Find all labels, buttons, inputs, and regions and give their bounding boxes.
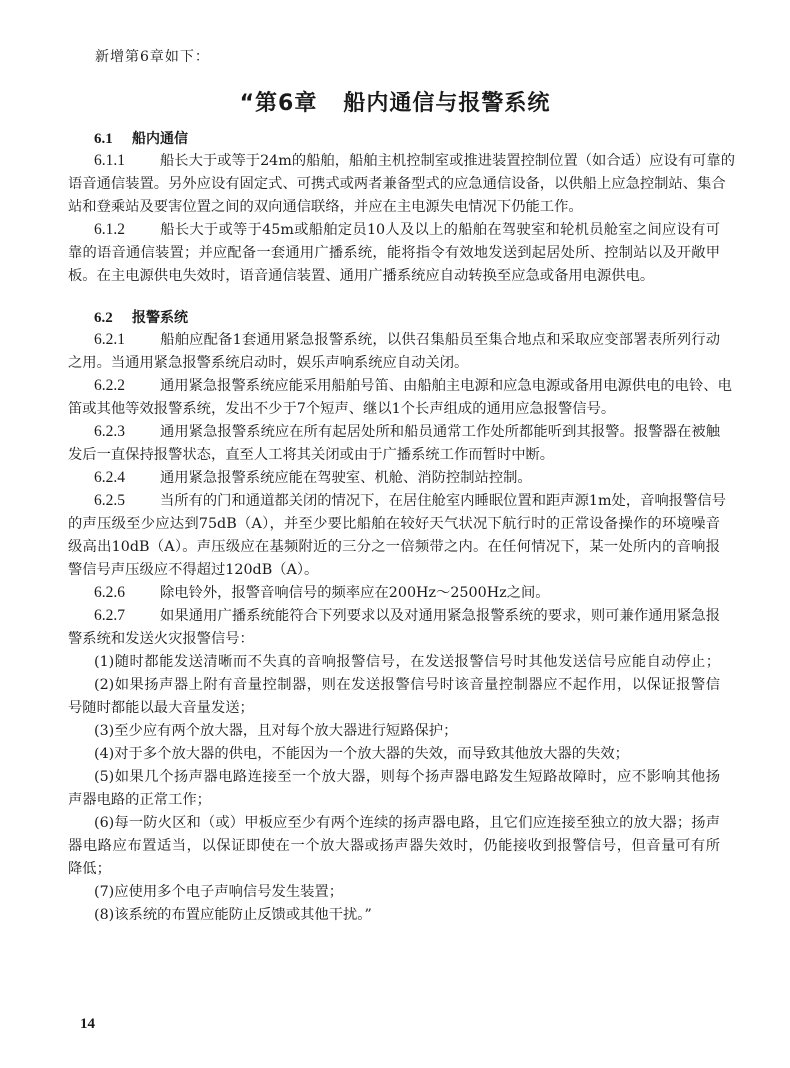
page-number: 14 [80,1016,95,1033]
requirement-5-line: (5)如果几个扬声器电路连接至一个放大器，则每个扬声器电路发生短路故障时，应不影… [94,766,720,788]
clause-6-2-1-line: 之用。当通用紧急报警系统启动时，娱乐声响系统应自动关闭。 [68,352,720,374]
clause-6-1-2-line: 6.1.2船长大于或等于45m或船舶定员10人及以上的船舶在驾驶室和轮机员舱室之… [94,219,720,241]
section-heading-6-1: 6.1船内通信 [94,128,188,148]
clause-6-2-6-line: 6.2.6除电铃外，报警音响信号的频率应在200Hz～2500Hz之间。 [94,582,720,604]
section-heading-6-2: 6.2报警系统 [94,307,188,327]
clause-6-2-5-line: 的声压级至少应达到75dB（A），并至少要比船舶在较好天气状况下航行时的正常设备… [68,513,720,535]
requirement-2-line: (2)如果扬声器上附有音量控制器，则在发送报警信号时该音量控制器应不起作用，以保… [94,674,720,696]
requirement-7-line: (7)应使用多个电子声响信号发生装置； [94,881,720,903]
clause-6-1-2-line: 板。在主电源供电失效时，语音通信装置、通用广播系统应自动转换至应急或备用电源供电… [68,265,720,287]
clause-6-2-2-line: 6.2.2通用紧急报警系统应能采用船舶号笛、由船舶主电源和应急电源或备用电源供电… [94,375,720,397]
clause-6-2-7-line: 警系统和发送火灾报警信号： [68,628,720,650]
requirement-6-line: 器电路应布置适当，以保证即使在一个放大器或扬声器失效时，仍能接收到报警信号，但音… [68,835,720,857]
clause-6-2-5-line: 警信号声压级应不得超过120dB（A）。 [68,559,720,581]
clause-6-2-5-line: 6.2.5当所有的门和通道都关闭的情况下，在居住舱室内睡眠位置和距声源1m处，音… [94,490,720,512]
clause-6-2-3-line: 发后一直保持报警状态，直至人工将其关闭或由于广播系统工作而暂时中断。 [68,444,720,466]
requirement-6-line: (6)每一防火区和（或）甲板应至少有两个连续的扬声器电路，且它们应连接至独立的放… [94,812,720,834]
chapter-title: “第6章船内通信与报警系统 [0,86,790,117]
clause-6-2-7-line: 6.2.7如果通用广播系统能符合下列要求以及对通用紧急报警系统的要求，则可兼作通… [94,605,720,627]
clause-6-2-2-line: 笛或其他等效报警系统，发出不少于7个短声、继以1个长声组成的通用应急报警信号。 [68,398,720,420]
requirement-5-line: 声器电路的正常工作； [68,789,720,811]
chapter-number: “第6章 [240,91,318,116]
requirement-6-line: 降低； [68,858,720,880]
chapter-name: 船内通信与报警系统 [343,91,550,116]
requirement-1-line: (1)随时都能发送清晰而不失真的音响报警信号，在发送报警信号时其他发送信号应能自… [94,651,720,673]
requirement-2-line: 号随时都能以最大音量发送； [68,697,720,719]
clause-6-2-3-line: 6.2.3通用紧急报警系统应在所有起居处所和船员通常工作处所都能听到其报警。报警… [94,421,720,443]
document-page: 新增第6章如下： “第6章船内通信与报警系统 6.1船内通信 6.1.1船长大于… [0,0,790,1068]
requirement-8-line: (8)该系统的布置应能防止反馈或其他干扰。” [94,904,720,926]
clause-6-1-1-line: 语音通信装置。另外应设有固定式、可携式或两者兼备型式的应急通信设备，以供船上应急… [68,173,720,195]
clause-6-2-1-line: 6.2.1船舶应配备1套通用紧急报警系统，以供召集船员至集合地点和采取应变部署表… [94,329,720,351]
clause-6-1-1-line: 6.1.1船长大于或等于24m的船舶，船舶主机控制室或推进装置控制位置（如合适）… [94,150,720,172]
clause-6-1-1-line: 站和登乘站及要害位置之间的双向通信联络，并应在主电源失电情况下仍能工作。 [68,196,720,218]
clause-6-2-5-line: 级高出10dB（A）。声压级应在基频附近的三分之一倍频带之内。在任何情况下，某一… [68,536,720,558]
requirement-4-line: (4)对于多个放大器的供电，不能因为一个放大器的失效，而导致其他放大器的失效； [94,743,720,765]
amendment-note: 新增第6章如下： [95,46,210,66]
clause-6-1-2-line: 靠的语音通信装置；并应配备一套通用广播系统，能将指令有效地发送到起居处所、控制站… [68,242,720,264]
clause-6-2-4-line: 6.2.4通用紧急报警系统应能在驾驶室、机舱、消防控制站控制。 [94,467,720,489]
requirement-3-line: (3)至少应有两个放大器，且对每个放大器进行短路保护； [94,720,720,742]
